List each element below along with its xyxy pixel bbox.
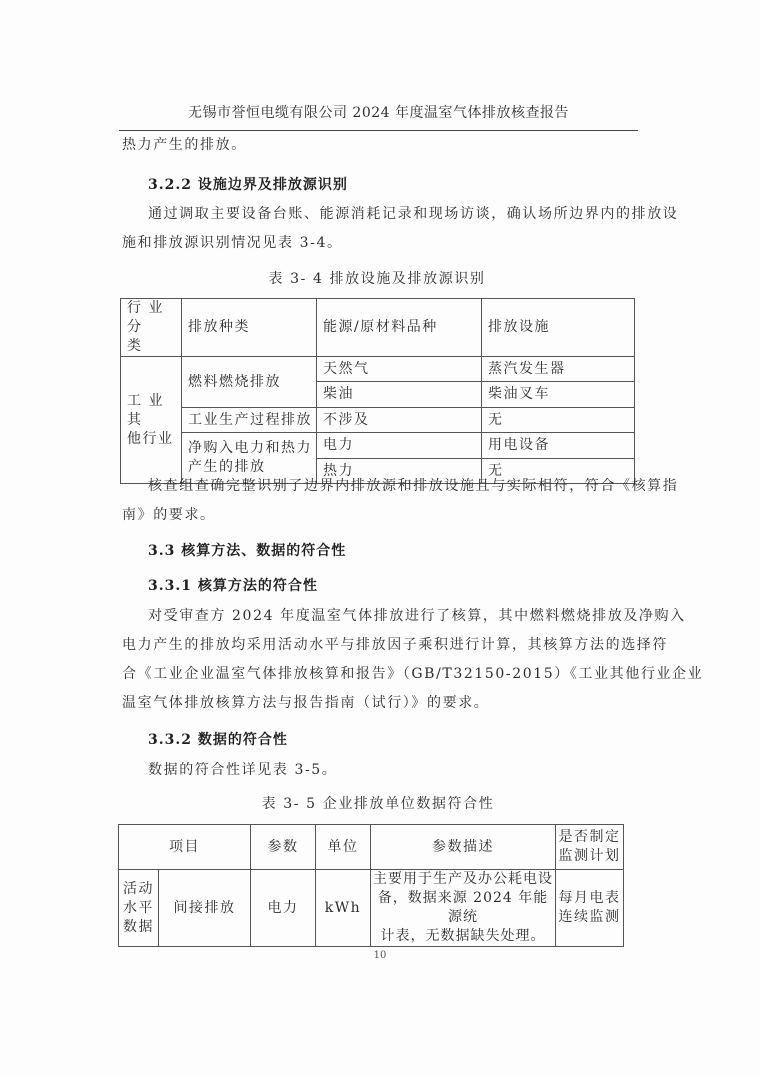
energy-cell: 柴油 xyxy=(317,382,482,408)
sub-item-cell: 间接排放 xyxy=(159,870,251,947)
header-emission-type: 排放种类 xyxy=(182,299,317,357)
industry-cell-line1: 工 业 其 xyxy=(127,392,181,430)
category-line2: 水平 xyxy=(119,899,158,918)
paragraph-3-2-2-line1: 通过调取主要设备台账、能源消耗记录和现场访谈，确认场所边界内的排放设 xyxy=(148,204,678,224)
table-row: 工 业 其 他行业 燃料燃烧排放 天然气 蒸汽发生器 xyxy=(121,357,635,382)
energy-cell: 天然气 xyxy=(317,357,482,382)
header-description: 参数描述 xyxy=(371,825,556,870)
emission-type-cell: 工业生产过程排放 xyxy=(182,408,317,433)
section-heading-3-3-2: 3.3.2 数据的符合性 xyxy=(148,729,288,749)
description-line1: 主要用于生产及办公耗电设 xyxy=(371,870,555,889)
header-item: 项目 xyxy=(119,825,251,870)
facility-cell: 无 xyxy=(482,408,635,433)
param-cell: 电力 xyxy=(251,870,316,947)
paragraph-3-2-2-line2: 施和排放源识别情况见表 3-4。 xyxy=(122,233,343,253)
header-monitoring-line1: 是否制定 xyxy=(556,828,623,847)
running-header: 无锡市誉恒电缆有限公司 2024 年度温室气体排放核查报告 xyxy=(119,102,638,122)
header-industry: 行 业 分 类 xyxy=(121,299,182,357)
description-cell: 主要用于生产及办公耗电设 备，数据来源 2024 年能源统 计表，无数据缺失处理… xyxy=(371,870,556,947)
facility-cell: 蒸汽发生器 xyxy=(482,357,635,382)
paragraph-after-table-line2: 南》的要求。 xyxy=(122,505,216,525)
facility-cell: 柴油叉车 xyxy=(482,382,635,408)
header-facility: 排放设施 xyxy=(482,299,635,357)
section-heading-3-3: 3.3 核算方法、数据的符合性 xyxy=(148,540,346,560)
header-industry-line1: 行 业 分 xyxy=(127,299,181,337)
monitoring-cell: 每月电表 连续监测 xyxy=(556,870,624,947)
table-header-row: 行 业 分 类 排放种类 能源/原材料品种 排放设施 xyxy=(121,299,635,357)
industry-cell-line2: 他行业 xyxy=(127,430,181,449)
monitoring-line2: 连续监测 xyxy=(556,908,623,927)
header-rule xyxy=(119,130,638,131)
emission-type-cell: 燃料燃烧排放 xyxy=(182,357,317,408)
header-monitoring: 是否制定 监测计划 xyxy=(556,825,624,870)
energy-cell: 不涉及 xyxy=(317,408,482,433)
document-page: 无锡市誉恒电缆有限公司 2024 年度温室气体排放核查报告 热力产生的排放。 3… xyxy=(0,0,760,1075)
description-line2: 备，数据来源 2024 年能源统 xyxy=(371,889,555,927)
section-heading-3-3-1: 3.3.1 核算方法的符合性 xyxy=(148,575,318,595)
paragraph-after-table-line1: 核查组查确完整识别了边界内排放源和排放设施且与实际相符，符合《核算指 xyxy=(148,476,678,496)
header-monitoring-line2: 监测计划 xyxy=(556,847,623,866)
emission-type-line1: 净购入电力和热力 xyxy=(188,439,316,458)
header-param: 参数 xyxy=(251,825,316,870)
table-3-5-caption: 表 3- 5 企业排放单位数据符合性 xyxy=(118,793,638,813)
table-row: 工业生产过程排放 不涉及 无 xyxy=(121,408,635,433)
unit-cell: kWh xyxy=(316,870,371,947)
category-line1: 活动 xyxy=(119,880,158,899)
paragraph-3-3-1-line2: 电力产生的排放均采用活动水平与排放因子乘积进行计算，其核算方法的选择符 xyxy=(122,635,668,655)
category-cell: 活动 水平 数据 xyxy=(119,870,159,947)
table-3-4: 行 业 分 类 排放种类 能源/原材料品种 排放设施 工 业 其 他行业 燃料燃… xyxy=(120,298,635,484)
category-line3: 数据 xyxy=(119,918,158,937)
header-industry-line2: 类 xyxy=(127,337,181,356)
industry-cell: 工 业 其 他行业 xyxy=(121,357,182,484)
energy-cell: 电力 xyxy=(317,433,482,459)
table-header-row: 项目 参数 单位 参数描述 是否制定 监测计划 xyxy=(119,825,624,870)
emission-type-line2: 产生的排放 xyxy=(188,458,316,477)
continuation-line: 热力产生的排放。 xyxy=(122,135,247,155)
table-row: 净购入电力和热力 产生的排放 电力 用电设备 xyxy=(121,433,635,459)
table-row: 活动 水平 数据 间接排放 电力 kWh 主要用于生产及办公耗电设 备，数据来源… xyxy=(119,870,624,947)
header-unit: 单位 xyxy=(316,825,371,870)
table-3-5: 项目 参数 单位 参数描述 是否制定 监测计划 活动 水平 数据 间接排放 电力… xyxy=(118,824,624,947)
description-line3: 计表，无数据缺失处理。 xyxy=(371,927,555,946)
table-3-4-caption: 表 3- 4 排放设施及排放源识别 xyxy=(120,268,634,288)
section-heading-3-2-2: 3.2.2 设施边界及排放源识别 xyxy=(148,174,348,194)
page-number: 10 xyxy=(0,950,760,961)
facility-cell: 用电设备 xyxy=(482,433,635,459)
paragraph-3-3-2: 数据的符合性详见表 3-5。 xyxy=(148,760,337,780)
header-energy: 能源/原材料品种 xyxy=(317,299,482,357)
paragraph-3-3-1-line1: 对受审查方 2024 年度温室气体排放进行了核算，其中燃料燃烧排放及净购入 xyxy=(148,606,686,626)
paragraph-3-3-1-line3: 合《工业企业温室气体排放核算和报告》（GB/T32150-2015）《工业其他行… xyxy=(122,664,703,684)
monitoring-line1: 每月电表 xyxy=(556,889,623,908)
paragraph-3-3-1-line4: 温室气体排放核算方法与报告指南（试行）》的要求。 xyxy=(122,693,489,713)
